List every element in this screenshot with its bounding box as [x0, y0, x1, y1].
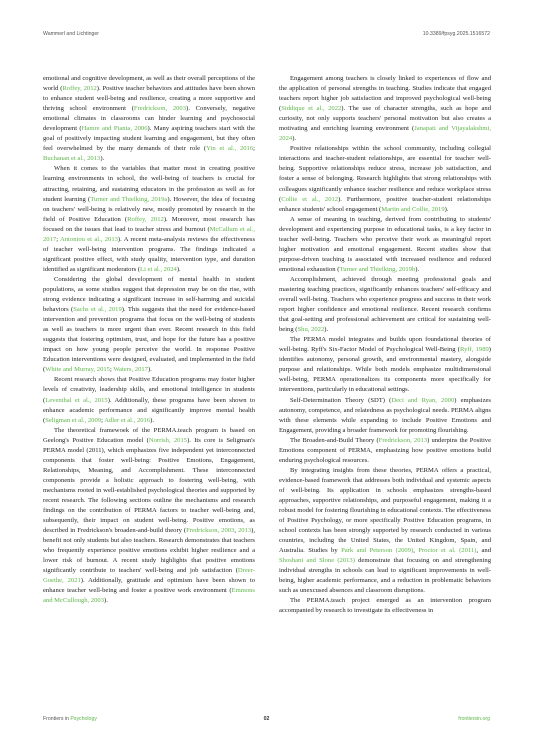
paragraph: The PERMA.teach project emerged as an in…: [279, 596, 491, 616]
paragraph-text: ).: [415, 266, 419, 273]
paragraph: A sense of meaning in teaching, derived …: [279, 215, 491, 275]
citation-link[interactable]: Li et al., 2024: [140, 266, 177, 273]
citation-link[interactable]: Roffey, 2012: [62, 85, 96, 92]
paper-page: Wammerl and Lichtinger 10.3389/fpsyg.202…: [0, 0, 533, 754]
paragraph-text: , and: [476, 547, 491, 554]
citation-link[interactable]: 2013: [238, 527, 251, 534]
paragraph: Engagement among teachers is closely lin…: [279, 74, 491, 144]
paragraph: The Broaden-and-Build Theory (Fredrickso…: [279, 436, 491, 466]
paragraph-text: ).: [177, 266, 181, 273]
paragraph: Positive relationships within the school…: [279, 144, 491, 214]
paragraph: The PERMA model integrates and builds up…: [279, 335, 491, 395]
paragraph-text: ).: [100, 155, 104, 162]
citation-link[interactable]: Fredrickson, 2003: [134, 105, 186, 112]
paragraph-text: By integrating insights from these theor…: [279, 467, 491, 554]
citation-link[interactable]: Buchanan et al., 2013: [43, 155, 100, 162]
citation-link[interactable]: Adler et al., 2016: [104, 417, 150, 424]
citation-link[interactable]: Shu, 2022: [298, 326, 325, 333]
citation-link[interactable]: Fredrickson, 2003: [186, 527, 234, 534]
paragraph-text: ).: [104, 597, 108, 604]
citation-link[interactable]: Turner and Thielking, 2019b: [339, 266, 415, 273]
paragraph-text: Accomplishment, achieved through meeting…: [279, 276, 491, 333]
citation-link[interactable]: Antoniou et al., 2013: [60, 236, 118, 243]
paragraph-text: ). This suggests that the need for evide…: [43, 306, 255, 373]
citation-link[interactable]: Hamre and Pianta, 2006: [82, 125, 148, 132]
paragraph-text: ).: [150, 417, 154, 424]
citation-link[interactable]: Deci and Ryan, 2000: [391, 397, 454, 404]
citation-link[interactable]: Seligman et al., 2009: [45, 417, 101, 424]
citation-link[interactable]: Norrish, 2015: [149, 437, 187, 444]
footer-journal: Frontiers in Psychology: [43, 716, 97, 722]
paragraph-text: ).: [445, 206, 449, 213]
citation-link[interactable]: Ryff, 1989: [460, 346, 489, 353]
body-column-left: emotional and cognitive development, as …: [43, 74, 255, 606]
paragraph-text: ), benefit not only students but also te…: [43, 527, 255, 574]
citation-link[interactable]: White and Murray, 2015: [45, 366, 110, 373]
paragraph-text: ). Its core is Seligman's PERMA model (2…: [43, 437, 255, 534]
body-column-right: Engagement among teachers is closely lin…: [279, 74, 491, 617]
running-head-authors: Wammerl and Lichtinger: [43, 31, 99, 37]
citation-link[interactable]: Proctor et al. (2011): [418, 547, 476, 554]
citation-link[interactable]: Shoshani and Slone (2013): [279, 557, 355, 564]
paragraph-text: The Broaden-and-Build Theory (: [290, 437, 379, 444]
citation-link[interactable]: Waters, 2017: [113, 366, 148, 373]
footer-journal-prefix: Frontiers in: [43, 716, 70, 722]
citation-link[interactable]: Collie et al., 2012: [281, 196, 338, 203]
citation-link[interactable]: Sachs et al., 2019: [73, 306, 122, 313]
citation-link[interactable]: Fredrickson, 2013: [379, 437, 427, 444]
paragraph: Accomplishment, achieved through meeting…: [279, 275, 491, 335]
footer-journal-name[interactable]: Psychology: [70, 716, 97, 722]
citation-link[interactable]: Leventhal et al., 2015: [45, 397, 107, 404]
citation-link[interactable]: Turner and Thielking, 2019a: [90, 196, 167, 203]
citation-link[interactable]: Siddique et al., 2022: [281, 105, 341, 112]
paragraph: emotional and cognitive development, as …: [43, 74, 255, 164]
running-head-doi[interactable]: 10.3389/fpsyg.2025.1516572: [423, 31, 490, 37]
paragraph: By integrating insights from these theor…: [279, 466, 491, 597]
paragraph-text: ).: [148, 366, 152, 373]
paragraph-text: Positive relationships within the school…: [279, 145, 491, 202]
paragraph-text: ) identifies autonomy, personal growth, …: [279, 346, 491, 393]
running-head: Wammerl and Lichtinger 10.3389/fpsyg.202…: [43, 31, 490, 41]
page-footer: Frontiers in Psychology 02 frontiersin.o…: [43, 716, 490, 726]
citation-link[interactable]: Yin et al., 2016: [206, 145, 253, 152]
paragraph-text: ).: [324, 326, 328, 333]
footer-website-link[interactable]: frontiersin.org: [458, 716, 490, 722]
citation-link[interactable]: Martin and Collie, 2019: [381, 206, 444, 213]
paragraph: Self-Determination Theory (SDT) (Deci an…: [279, 396, 491, 436]
paragraph-text: Self-Determination Theory (SDT) (: [290, 397, 391, 404]
paragraph: When it comes to the variables that matt…: [43, 164, 255, 275]
paragraph-text: A sense of meaning in teaching, derived …: [279, 216, 491, 273]
paragraph-text: ).: [292, 135, 296, 142]
page-number: 02: [264, 716, 270, 722]
paragraph: The theoretical framewoek of the PERMA.t…: [43, 426, 255, 607]
paragraph-text: ;: [253, 145, 255, 152]
paragraph: Considering the global development of me…: [43, 275, 255, 375]
paragraph: Recent research shows that Positive Educ…: [43, 375, 255, 425]
citation-link[interactable]: Roffey, 2012: [127, 216, 164, 223]
paragraph-text: The PERMA.teach project emerged as an in…: [279, 597, 491, 614]
citation-link[interactable]: Park and Peterson (2009): [341, 547, 413, 554]
